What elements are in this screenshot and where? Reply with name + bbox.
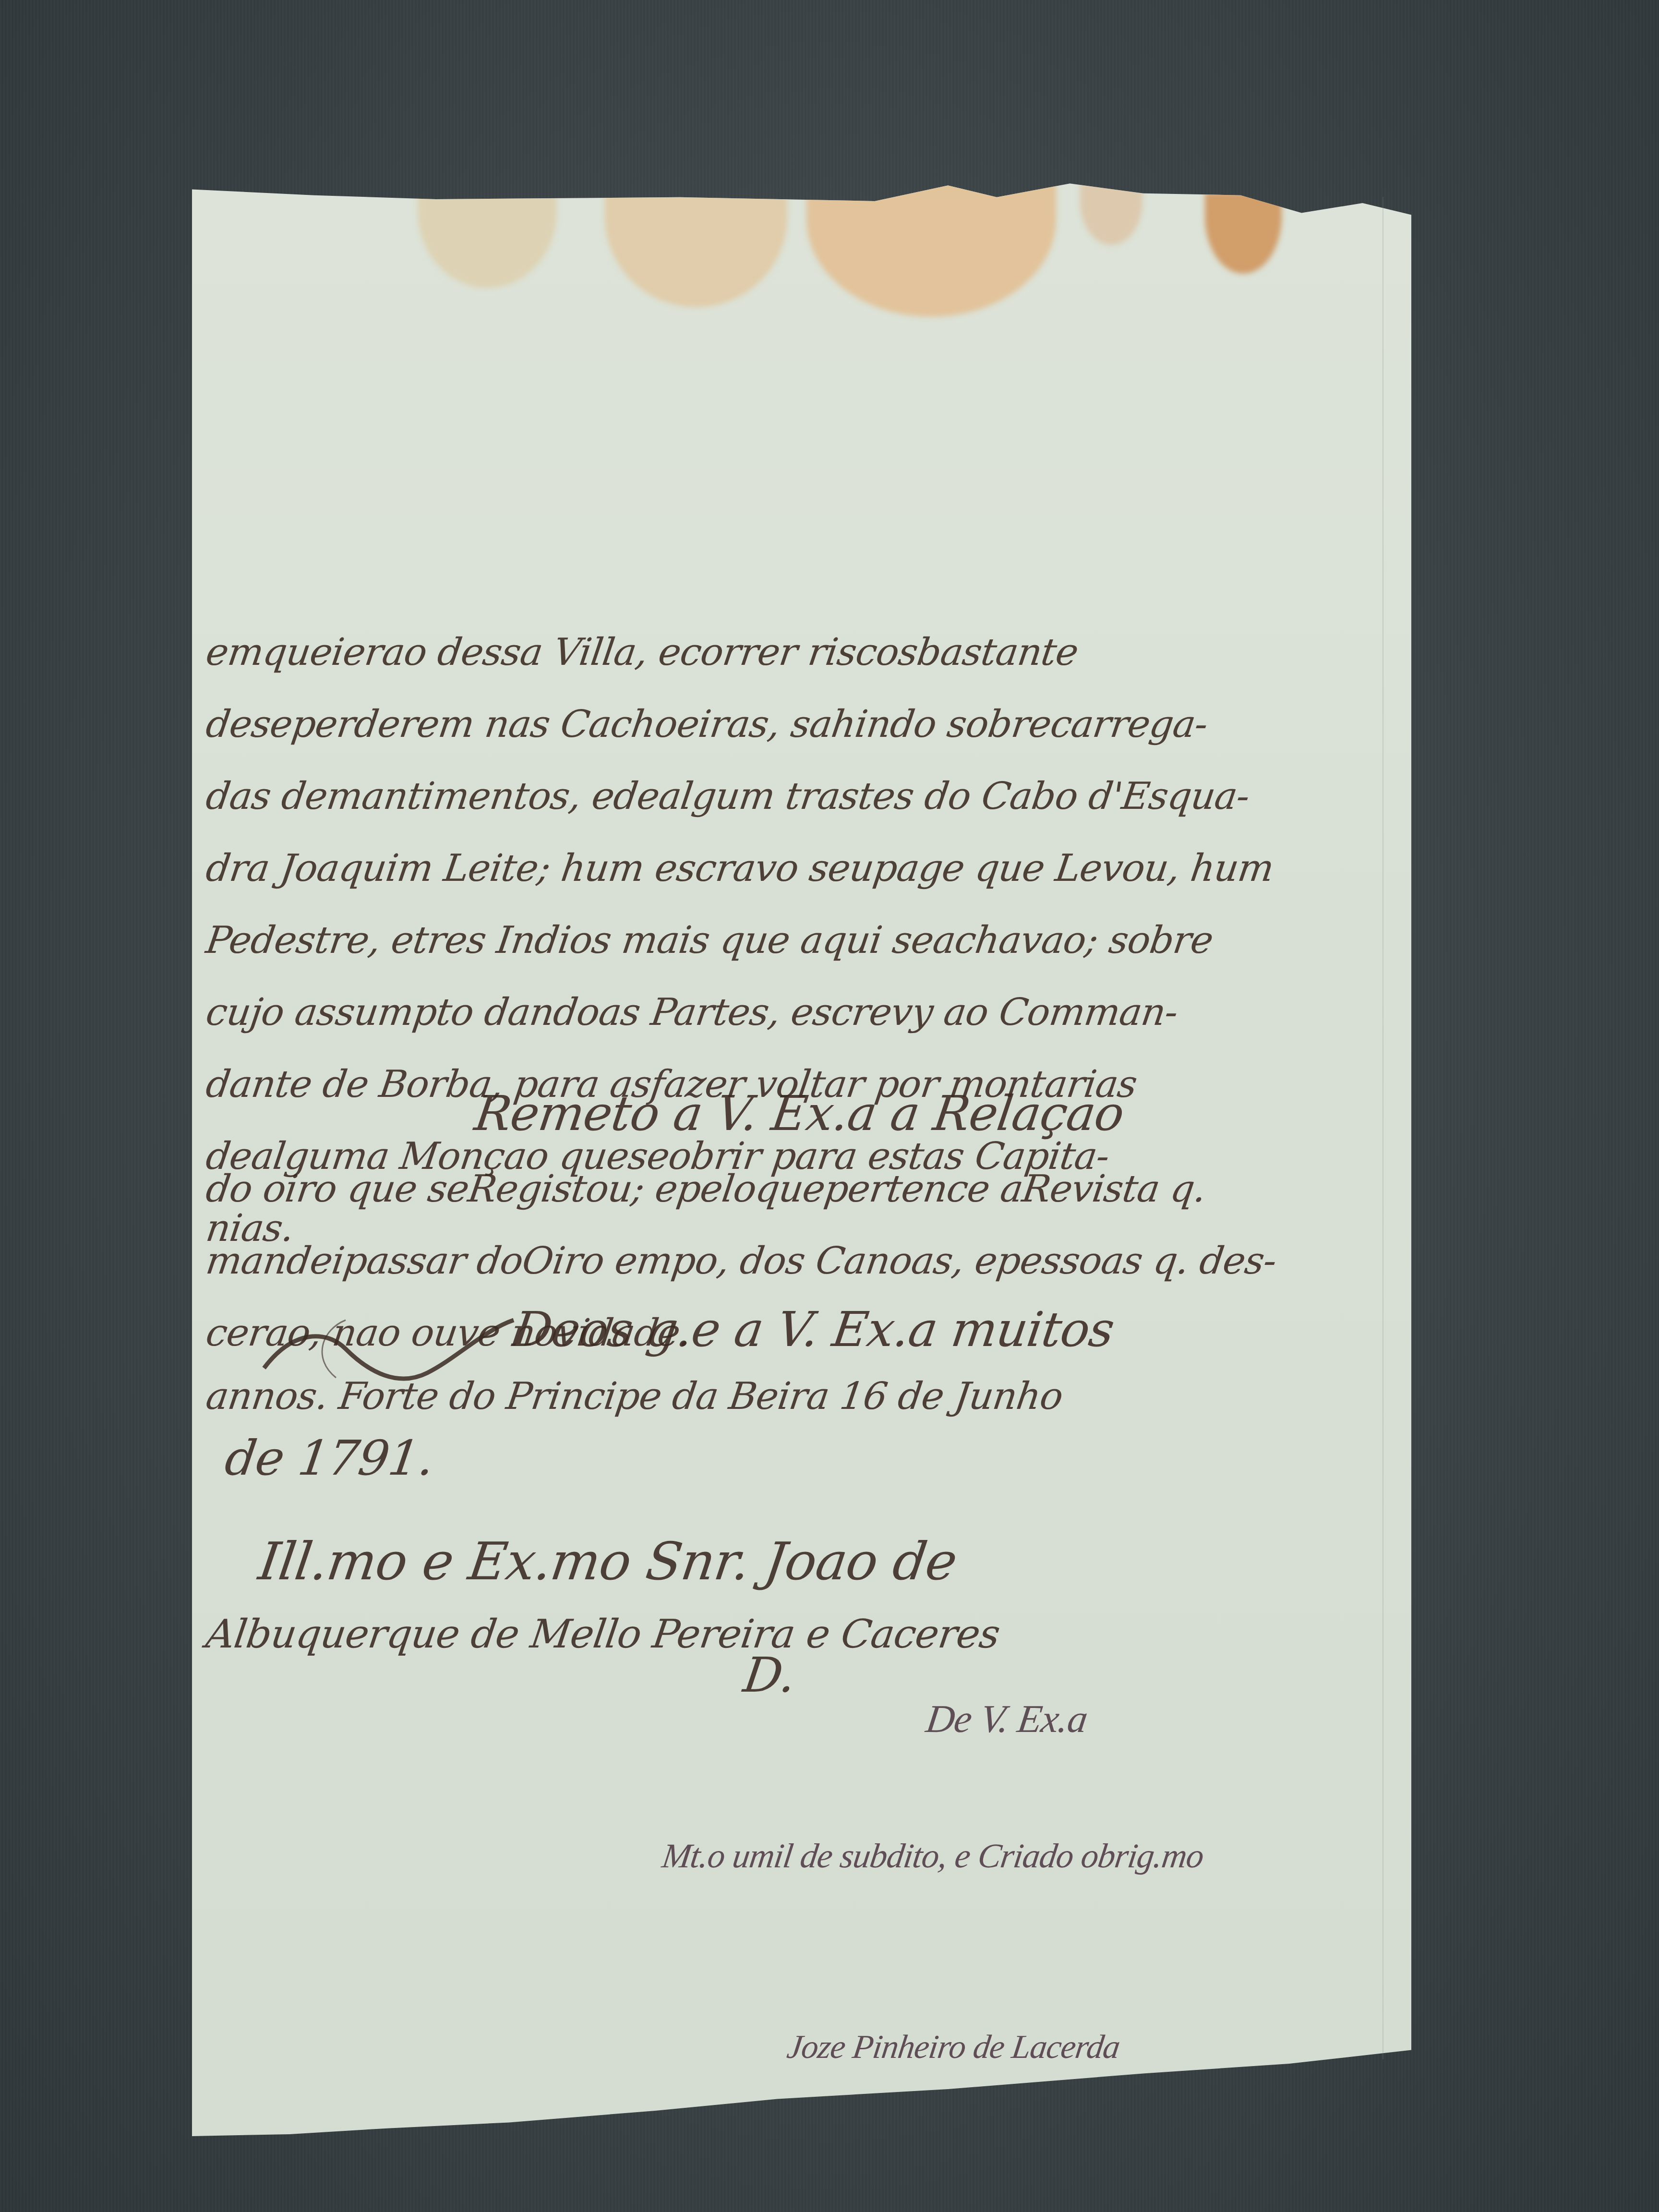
closing-formula: Deos g.e a V. Ex.a muitos (203, 1306, 1146, 1354)
signature: Joze Pinheiro de Lacerda (787, 2031, 1267, 2064)
body-line: mandeipassar doOiro empo, dos Canoas, ep… (204, 1242, 1145, 1280)
body-line: emqueierao dessa Villa, ecorrer riscosba… (204, 634, 1145, 671)
body-line: do oiro que seRegistou; epeloquepertence… (204, 1170, 1145, 1208)
subscription-line: Mt.o umil de subdito, e Criado obrig.mo (662, 1839, 1286, 1873)
salutation-d: D. (744, 1651, 840, 1699)
water-stain (1205, 192, 1282, 274)
salutation-de-vex: De V. Ex.a (926, 1699, 1166, 1739)
addressee-block: Ill.mo e Ex.mo Snr. Joao de Albuquerque … (206, 1536, 1142, 1654)
year: de 1791. (203, 1434, 1146, 1482)
body-line: deseperderem nas Cachoeiras, sahindo sob… (204, 706, 1145, 743)
body-line: Pedestre, etres Indios mais que aqui sea… (204, 922, 1145, 959)
body-line: dra Joaquim Leite; hum escravo seupage q… (204, 850, 1145, 887)
addressee-title: Ill.mo e Ex.mo Snr. Joao de (203, 1536, 1146, 1588)
paper-crease (1382, 197, 1383, 2059)
place-and-date: annos. Forte do Principe da Beira 16 de … (204, 1378, 1145, 1415)
letter-closing: Deos g.e a V. Ex.a muitos annos. Forte d… (206, 1306, 1142, 1482)
body-line: cujo assumpto dandoas Partes, escrevy ao… (204, 994, 1145, 1031)
addressee-name: Albuquerque de Mello Pereira e Caceres (204, 1615, 1145, 1654)
paragraph-opening: Remeto a V. Ex.a a Relaçao (203, 1090, 1146, 1138)
body-line: das demantimentos, edealgum trastes do C… (204, 778, 1145, 815)
